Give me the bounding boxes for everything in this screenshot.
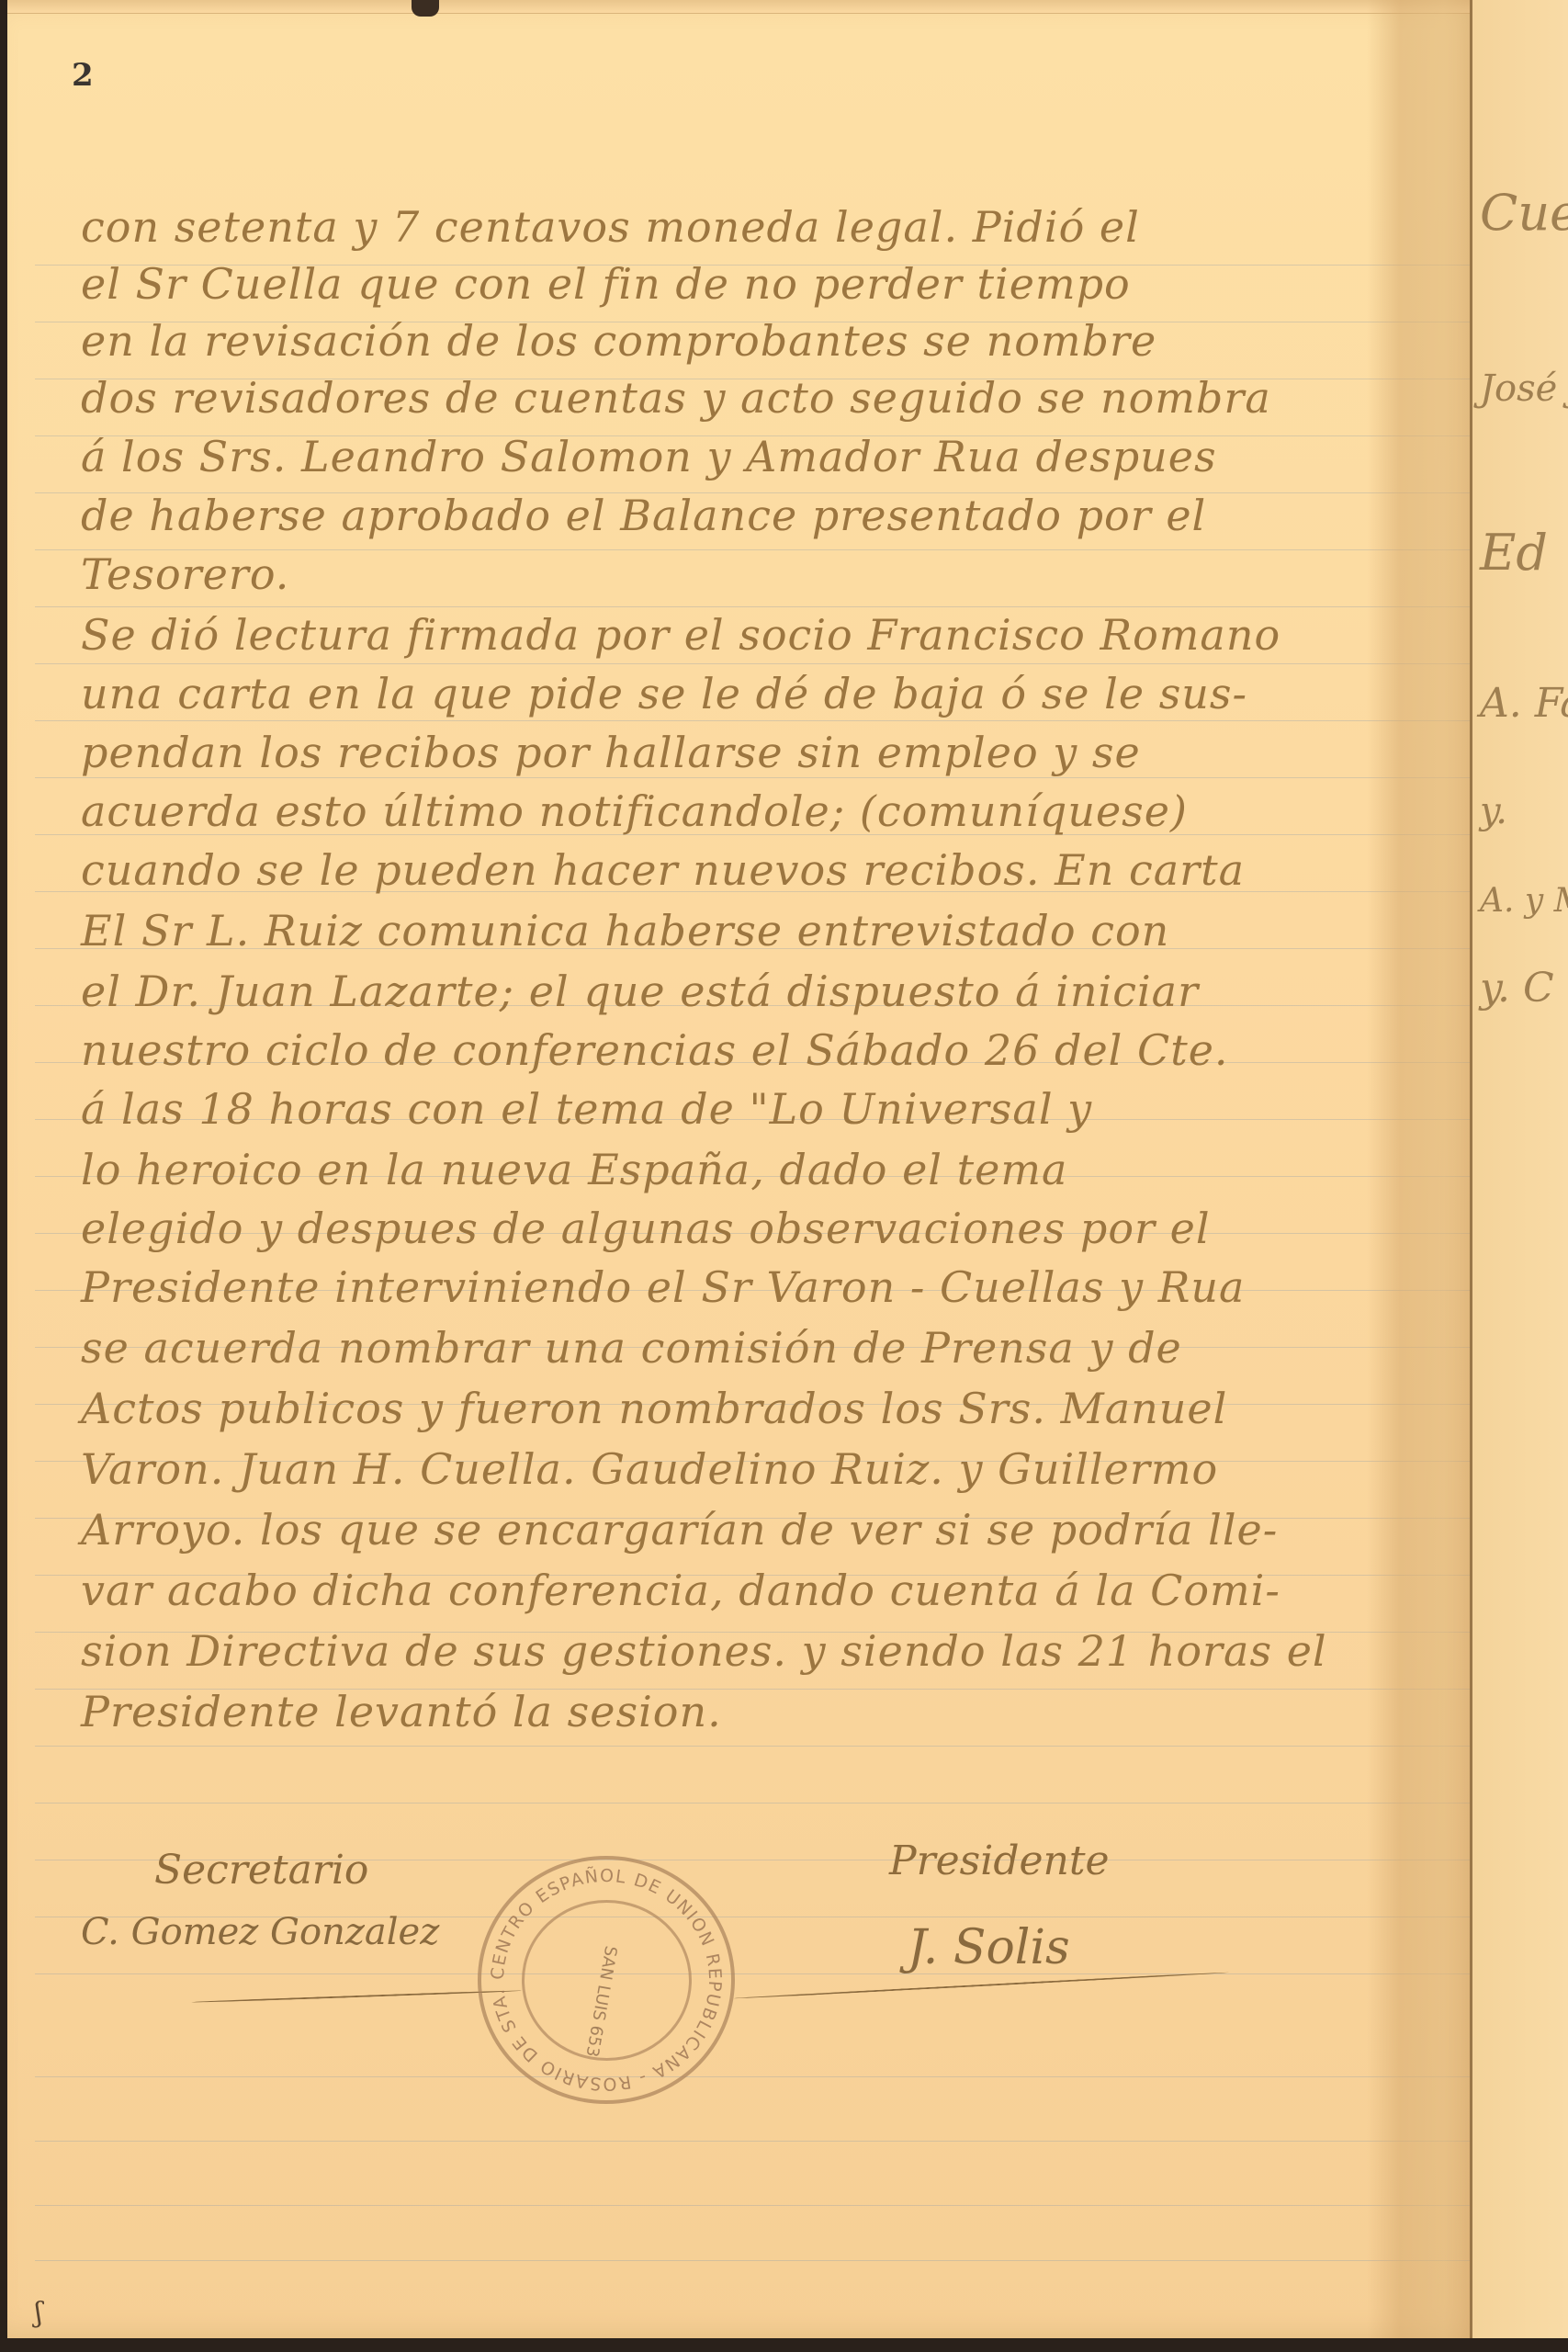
president-title: Presidente [889, 1837, 1110, 1884]
ruled-line [35, 1803, 1477, 1804]
ruled-line [35, 1746, 1477, 1747]
ruled-line [35, 606, 1477, 607]
page-number: 2 [72, 57, 94, 94]
text-line: elegido y despues de algunas observacion… [81, 1204, 1459, 1253]
text-line: El Sr L. Ruiz comunica haberse entrevist… [81, 906, 1459, 955]
document-page: 2 con setenta y 7 centavos moneda legal.… [7, 0, 1488, 2338]
adjacent-signature: José J [1480, 367, 1568, 410]
text-line: en la revisación de los comprobantes se … [81, 316, 1459, 366]
president-flourish [733, 1972, 1228, 1999]
adjacent-signature: Ed [1480, 524, 1548, 582]
text-line: Varon. Juan H. Cuella. Gaudelino Ruiz. y… [81, 1444, 1459, 1494]
ruled-line [35, 777, 1477, 778]
text-line: el Dr. Juan Lazarte; el que está dispues… [81, 967, 1459, 1016]
adjacent-signature: A. y M [1480, 882, 1568, 920]
adjacent-signature: A. Fa [1480, 680, 1568, 727]
adjacent-page: Cuel José J Ed A. Fa y. A. y M y. C [1472, 0, 1568, 2338]
ruled-line [35, 663, 1477, 664]
institution-stamp: CENTRO ESPAÑOL DE UNION REPUBLICANA - RO… [478, 1856, 735, 2104]
text-line: cuando se le pueden hacer nuevos recibos… [81, 845, 1459, 895]
secretary-title: Secretario [154, 1847, 368, 1894]
text-line: Arroyo. los que se encargarían de ver si… [81, 1505, 1459, 1555]
text-line: de haberse aprobado el Balance presentad… [81, 491, 1459, 540]
president-signature: J. Solis [908, 1920, 1070, 1975]
adjacent-signature: y. C [1480, 965, 1554, 1012]
text-line: con setenta y 7 centavos moneda legal. P… [81, 202, 1459, 252]
text-line: el Sr Cuella que con el fin de no perder… [81, 259, 1459, 309]
ink-mark: ʃ [35, 2297, 42, 2329]
text-line: dos revisadores de cuentas y acto seguid… [81, 373, 1459, 423]
ruled-line [35, 2076, 1477, 2077]
text-line: Tesorero. [81, 549, 1459, 599]
text-line: Actos publicos y fueron nombrados los Sr… [81, 1384, 1459, 1433]
text-line: var acabo dicha conferencia, dando cuent… [81, 1566, 1459, 1615]
ruled-line [35, 2260, 1477, 2261]
text-line: lo heroico en la nueva España, dado el t… [81, 1145, 1459, 1194]
binding-clip [412, 0, 439, 17]
secretary-signature: C. Gomez Gonzalez [81, 1911, 439, 1953]
text-line: Presidente levantó la sesion. [81, 1687, 1459, 1736]
text-line: una carta en la que pide se le dé de baj… [81, 669, 1459, 718]
text-line: á las 18 horas con el tema de "Lo Univer… [81, 1084, 1459, 1134]
text-line: se acuerda nombrar una comisión de Prens… [81, 1323, 1459, 1373]
ruled-line [35, 2205, 1477, 2206]
text-line: pendan los recibos por hallarse sin empl… [81, 728, 1459, 777]
ruled-line [35, 720, 1477, 721]
text-line: nuestro ciclo de conferencias el Sábado … [81, 1025, 1459, 1075]
text-line: Se dió lectura firmada por el socio Fran… [81, 610, 1459, 660]
text-line: sion Directiva de sus gestiones. y siend… [81, 1626, 1459, 1676]
text-line: Presidente interviniendo el Sr Varon - C… [81, 1262, 1459, 1312]
adjacent-signature: Cuel [1480, 184, 1568, 242]
text-line: á los Srs. Leandro Salomon y Amador Rua … [81, 432, 1459, 481]
ruled-line [35, 1973, 1477, 1974]
adjacent-signature: y. [1480, 790, 1507, 832]
text-line: acuerda esto último notificandole; (comu… [81, 786, 1459, 836]
ruled-line [35, 2141, 1477, 2142]
secretary-flourish [191, 1990, 522, 2004]
page-top-edge [7, 0, 1488, 14]
